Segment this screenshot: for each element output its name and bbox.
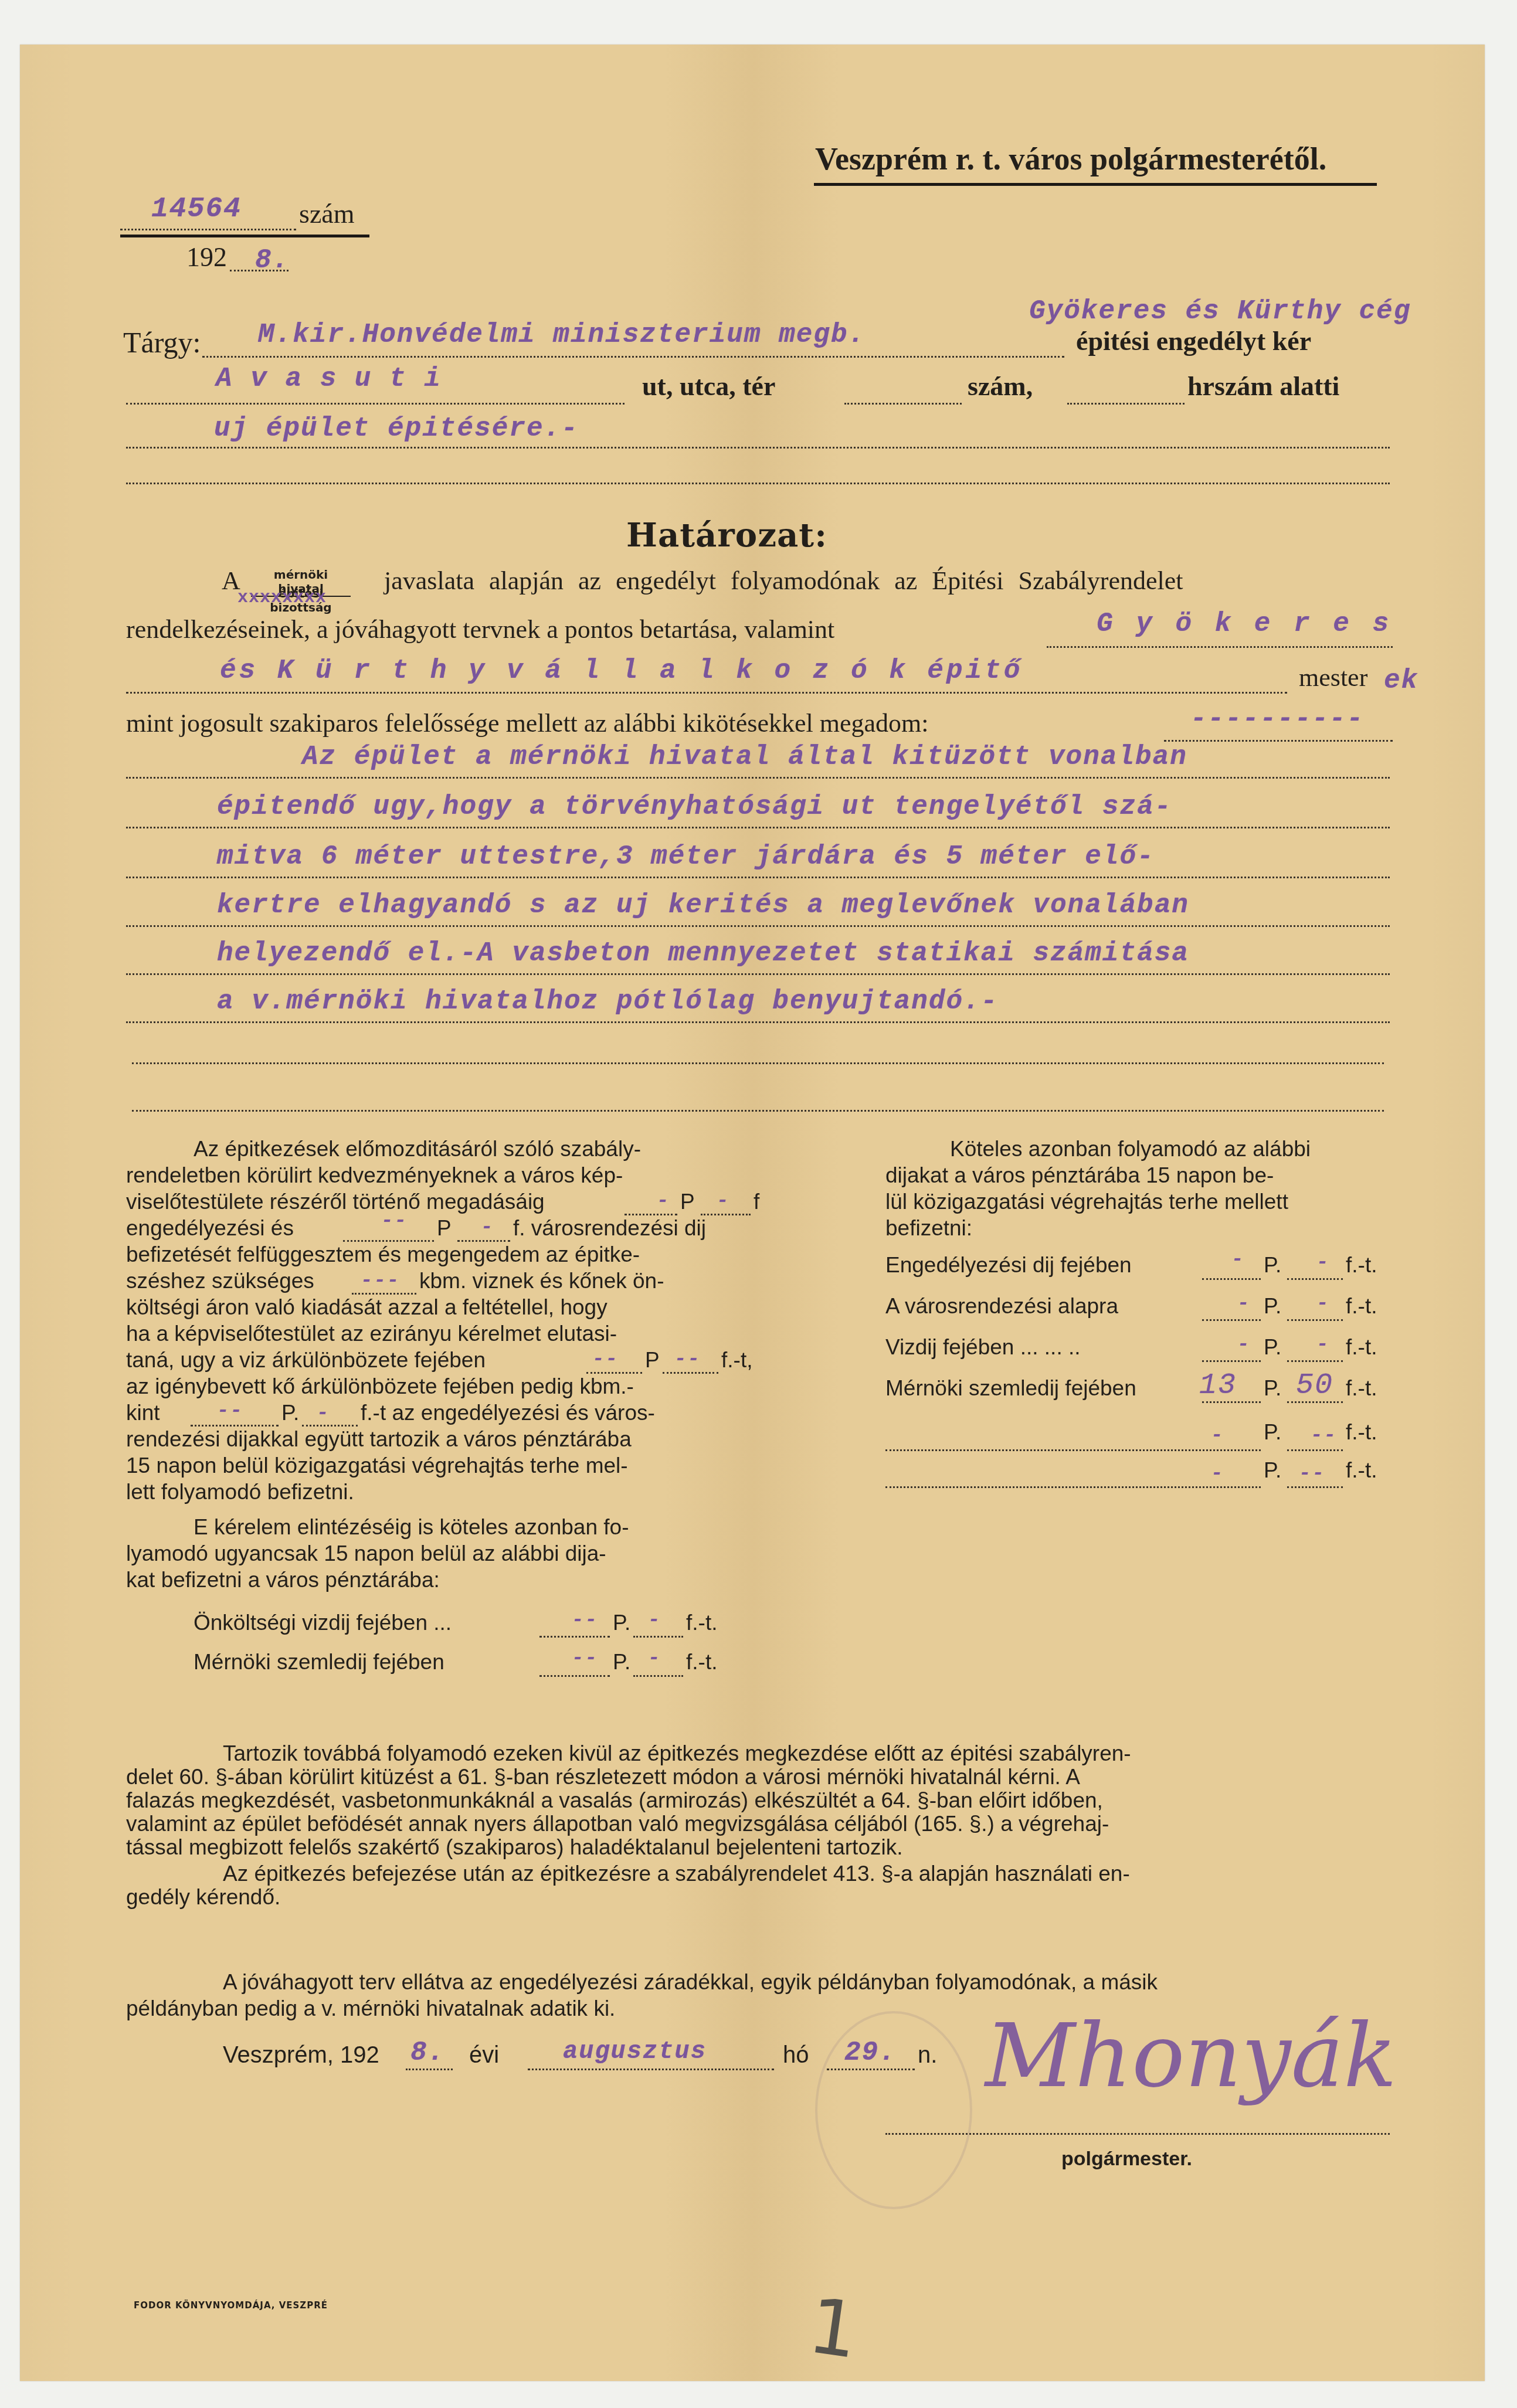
right-fee-5-f-typed: -- [1311, 1425, 1337, 1447]
right-fee-2-p-dots [1202, 1319, 1261, 1321]
decision-typed-dashes: ---------- [1190, 704, 1364, 734]
left-para2-line-1: E kérelem elintézéséig is köteles azonba… [194, 1514, 629, 1540]
left-fee-2-f-unit: f.-t. [686, 1649, 717, 1675]
date-year-typed: 8. [410, 2037, 445, 2068]
condition-line-6 [126, 1021, 1390, 1023]
subject-street-type: ut, utca, tér [642, 371, 775, 402]
condition-line-1 [126, 777, 1390, 779]
decision-line-1: javaslata alapján az engedélyt folyamodó… [384, 566, 1183, 596]
footer-para3-line-2: példányban pedig a v. mérnöki hivatalnak… [126, 1995, 615, 2022]
date-place: Veszprém, 192 [223, 2042, 379, 2069]
decision-line-4: mint jogosult szakiparos felelőssége mel… [126, 708, 929, 738]
right-fee-4-p-unit: P. [1264, 1375, 1281, 1401]
right-para-line-2: dijakat a város pénztárába 15 napon be- [885, 1162, 1274, 1188]
left-para-line-7: költségi áron való kiadását azzal a felt… [126, 1294, 608, 1320]
issuer-underline [814, 183, 1377, 186]
date-month-dots [528, 2069, 774, 2070]
year-prefix: 192 [186, 242, 227, 273]
issuer-heading: Veszprém r. t. város polgármesterétől. [815, 141, 1326, 177]
footer-para1-line-5: tással megbizott felelős szakértő (szaki… [126, 1834, 902, 1860]
right-fee-2-f-dots [1287, 1319, 1343, 1321]
mayor-signature: Mhonyák [985, 2005, 1397, 2107]
right-fee-5-label-dots [885, 1449, 1261, 1451]
left-line-3-f-dots [701, 1214, 751, 1215]
left-para-line-5: befizetését felfüggesztem és megengedem … [126, 1241, 640, 1268]
right-fee-2-p-unit: P. [1264, 1293, 1281, 1319]
subject-number-label: szám, [968, 371, 1033, 402]
left-line-6-typed: --- [361, 1270, 400, 1292]
decision-typed-contractor-1: G y ö k e r e s [1097, 609, 1392, 639]
left-fee-1-p-typed: -- [572, 1609, 598, 1632]
right-fee-6-label-dots [885, 1486, 1261, 1488]
left-line-4-f-unit: f. városrendezési dij [513, 1215, 706, 1241]
number-label: szám [299, 198, 355, 229]
date-day-typed: 29. [844, 2037, 897, 2068]
decision-master-label: mester [1299, 663, 1367, 692]
left-para-line-2: rendeletben körülirt kedvezményeknek a v… [126, 1162, 623, 1188]
left-line-3-p-typed: - [657, 1190, 670, 1213]
left-fee-1-p-unit: P. [613, 1609, 630, 1636]
left-line-6-tail: kbm. viznek és kőnek ön- [419, 1268, 664, 1294]
subject-typed-applicant: Gyökeres és Kürthy cég [1029, 296, 1411, 327]
separator-dotted-3 [132, 1110, 1384, 1112]
left-line-9-p-unit: P [645, 1347, 660, 1373]
left-para2-line-2: lyamodó ugyancsak 15 napon belül az aláb… [126, 1540, 606, 1567]
subject-typed-street: A v a s u t i [216, 364, 442, 394]
left-fee-2-f-dots [633, 1675, 683, 1677]
decision-title: Határozat: [626, 516, 827, 555]
right-para-line-3: lül közigazgatási végrehajtás terhe mell… [885, 1188, 1288, 1215]
signature-line [885, 2133, 1390, 2135]
year-typed: 8. [255, 245, 290, 276]
decision-line-3-dots [126, 692, 1287, 694]
left-para-line-12: rendezési dijakkal együtt tartozik a vár… [126, 1426, 632, 1452]
right-fee-6-f-dots [1287, 1486, 1343, 1488]
number-underline [120, 235, 369, 237]
subject-line-2 [126, 403, 625, 405]
left-line-4-f-typed: - [481, 1217, 494, 1239]
left-line-11-p-unit: P. [281, 1400, 299, 1426]
right-fee-3-p-typed: - [1237, 1334, 1250, 1356]
left-line-3-p-unit: P [680, 1188, 695, 1215]
left-para-line-10: az igénybevett kő árkülönbözete fejében … [126, 1373, 634, 1400]
left-fee-1-f-unit: f.-t. [686, 1609, 717, 1636]
number-dotted-line [120, 229, 296, 230]
footer-para3-line-1: A jóváhagyott terv ellátva az engedélyez… [223, 1969, 1158, 1995]
subject-line-3 [126, 447, 1390, 449]
date-year-dots [406, 2069, 453, 2070]
footer-para1-line-4: valamint az épület befödését annak nyers… [126, 1811, 1109, 1837]
right-fee-5-p-typed: - [1211, 1425, 1224, 1447]
right-fee-3-f-typed: - [1316, 1334, 1329, 1356]
right-fee-6-p-unit: P. [1264, 1457, 1281, 1483]
left-fee-label-2: Mérnöki szemledij fejében [194, 1649, 444, 1675]
right-fee-6-p-typed: - [1211, 1463, 1224, 1485]
right-fee-4-p-typed: 13 [1199, 1369, 1237, 1402]
subject-label: Tárgy: [123, 325, 201, 359]
subject-printed-1: épitési engedélyt kér [1076, 325, 1311, 356]
typed-strikeout: xxxxxxxx [237, 588, 327, 608]
left-line-3-f-unit: f [754, 1188, 759, 1215]
right-fee-2-f-unit: f.-t. [1346, 1293, 1377, 1319]
right-fee-5-f-unit: f.-t. [1346, 1419, 1377, 1445]
registration-number: 14564 [151, 193, 242, 225]
left-line-9-f-dots [663, 1372, 718, 1374]
footer-para1-line-2: delet 60. §-ában körülirt kitüzést a 61.… [126, 1764, 1080, 1790]
date-day-dots [827, 2069, 915, 2070]
right-fee-2-p-typed: - [1237, 1293, 1250, 1315]
left-line-3-f-typed: - [717, 1190, 729, 1213]
left-para2-line-3: kat befizetni a város pénztárába: [126, 1567, 440, 1593]
subject-typed-1: M.kir.Honvédelmi miniszterium megb. [258, 320, 866, 350]
left-para-line-1: Az épitkezések előmozditásáról szóló sza… [194, 1136, 641, 1162]
left-fee-1-f-typed: - [648, 1609, 661, 1632]
left-para-line-14: lett folyamodó befizetni. [126, 1479, 354, 1505]
condition-6: a v.mérnöki hivatalhoz pótlólag benyujta… [217, 986, 998, 1017]
separator-dotted-1 [126, 483, 1390, 484]
date-ho-label: hó [783, 2042, 809, 2069]
condition-line-4 [126, 925, 1390, 927]
right-fee-4-f-typed: 50 [1296, 1369, 1333, 1402]
condition-4: kertre elhagyandó s az uj kerités a megl… [217, 890, 1189, 921]
right-fee-3-p-unit: P. [1264, 1334, 1281, 1360]
condition-line-5 [126, 973, 1390, 975]
right-fee-1-p-typed: - [1231, 1249, 1244, 1271]
mayor-title: polgármester. [1061, 2146, 1192, 2172]
left-para-line-3: viselőtestülete részéről történő megadás… [126, 1188, 545, 1215]
right-fee-3-f-unit: f.-t. [1346, 1334, 1377, 1360]
left-line-11-f-unit: f.-t az engedélyezési és város- [361, 1400, 655, 1426]
right-fee-3-p-dots [1202, 1360, 1261, 1362]
left-para-line-9: taná, ugy a viz árkülönbözete fejében [126, 1347, 486, 1373]
left-fee-2-p-unit: P. [613, 1649, 630, 1675]
decision-typed-contractor-2: és K ü r t h y v á l l a l k o z ó k épi… [220, 656, 1023, 686]
right-fee-5-f-dots [1287, 1449, 1343, 1451]
subject-lot-label: hrszám alatti [1187, 371, 1339, 402]
right-fee-label-3: Vizdij fejében ... ... .. [885, 1334, 1081, 1360]
right-fee-label-2: A városrendezési alapra [885, 1293, 1118, 1319]
footer-para1-line-1: Tartozik továbbá folyamodó ezeken kivül … [223, 1740, 1131, 1767]
left-line-11-f-typed: - [317, 1402, 330, 1425]
right-fee-5-p-unit: P. [1264, 1419, 1281, 1445]
condition-1: Az épület a mérnöki hivatal által kitüzö… [302, 742, 1187, 772]
left-line-9-f-unit: f.-t, [721, 1347, 752, 1373]
left-line-4-p-unit: P [437, 1215, 452, 1241]
left-fee-2-p-dots [539, 1675, 610, 1677]
left-line-11-p-typed: -- [217, 1400, 243, 1422]
decision-line-2-dots [1047, 646, 1393, 648]
right-fee-1-f-unit: f.-t. [1346, 1252, 1377, 1278]
right-fee-1-f-typed: - [1316, 1252, 1329, 1274]
right-fee-1-p-dots [1202, 1278, 1261, 1280]
right-para-line-1: Köteles azonban folyamodó az alábbi [950, 1136, 1311, 1162]
right-fee-label-1: Engedélyezési dij fejében [885, 1252, 1132, 1278]
condition-5: helyezendő el.-A vasbeton mennyezetet st… [217, 938, 1189, 969]
footer-para1-line-3: falazás megkezdését, vasbetonmunkáknál a… [126, 1787, 1103, 1813]
separator-dotted-2 [132, 1062, 1384, 1064]
decision-line-4-dots [1164, 740, 1393, 742]
date-n-label: n. [918, 2042, 937, 2069]
footer-para2-line-2: gedély kérendő. [126, 1884, 280, 1910]
right-fee-3-f-dots [1287, 1360, 1343, 1362]
date-month-typed: augusztus [563, 2037, 707, 2066]
right-fee-label-4: Mérnöki szemledij fejében [885, 1375, 1136, 1401]
left-para-line-4: engedélyezési és [126, 1215, 294, 1241]
right-fee-6-f-typed: -- [1299, 1463, 1325, 1485]
left-line-9-f-typed: -- [674, 1349, 701, 1371]
left-fee-1-f-dots [633, 1636, 683, 1638]
condition-2: épitendő ugy,hogy a törvényhatósági ut t… [217, 792, 1172, 822]
right-fee-6-f-unit: f.-t. [1346, 1457, 1377, 1483]
condition-line-3 [126, 877, 1390, 878]
right-fee-1-f-dots [1287, 1278, 1343, 1280]
subject-line-1 [202, 356, 1064, 358]
left-fee-label-1: Önköltségi vizdij fejében ... [194, 1609, 452, 1636]
left-fee-2-f-typed: - [648, 1648, 661, 1670]
subject-lot-line [1067, 403, 1185, 405]
left-line-9-p-typed: -- [592, 1349, 619, 1371]
right-fee-4-f-unit: f.-t. [1346, 1375, 1377, 1401]
condition-3: mitva 6 méter uttestre,3 méter járdára é… [217, 841, 1155, 872]
right-fee-2-f-typed: - [1316, 1293, 1329, 1315]
decision-master-suffix: ek [1384, 665, 1418, 696]
subject-typed-3: uj épület épitésére.- [214, 413, 579, 444]
left-line-4-p-typed: -- [381, 1210, 408, 1232]
left-para-line-13: 15 napon belül közigazgatási végrehajtás… [126, 1452, 628, 1479]
left-fee-2-p-typed: -- [572, 1648, 598, 1670]
printer-imprint: FODOR KÖNYVNYOMDÁJA, VESZPRÉ [134, 2300, 328, 2311]
left-para-line-6: széshez szükséges [126, 1268, 314, 1294]
left-para-line-8: ha a képviselőtestület az ezirányu kérel… [126, 1320, 617, 1347]
footer-para2-line-1: Az épitkezés befejezése után az épitkezé… [223, 1860, 1130, 1887]
left-fee-1-p-dots [539, 1636, 610, 1638]
left-para-line-11: kint [126, 1400, 160, 1426]
condition-line-2 [126, 827, 1390, 828]
right-para-line-4: befizetni: [885, 1215, 972, 1241]
subject-number-line [844, 403, 962, 405]
date-evi-label: évi [469, 2042, 499, 2069]
decision-line-2: rendelkezéseinek, a jóváhagyott tervnek … [126, 614, 834, 644]
right-fee-1-p-unit: P. [1264, 1252, 1281, 1278]
